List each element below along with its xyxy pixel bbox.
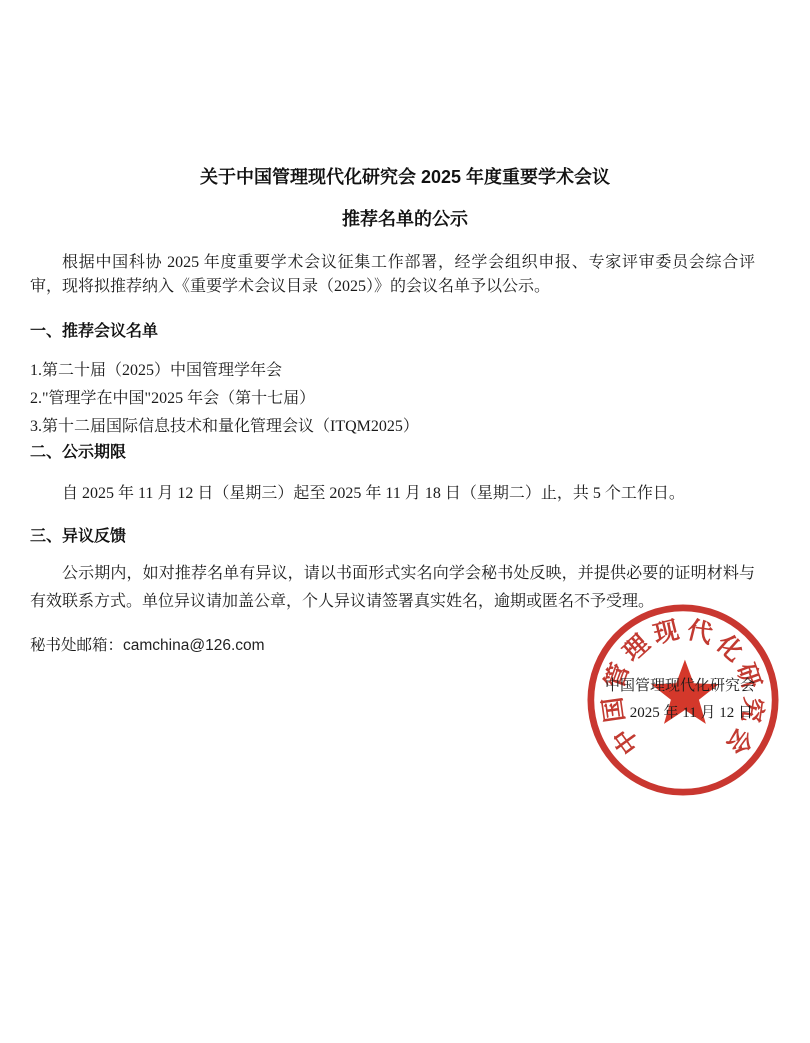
seal-graphic: 中 国 管 理 现 代 化 研 究 会 — [587, 601, 779, 799]
contact-email: camchina@126.com — [123, 637, 265, 654]
section-1-heading: 一、推荐会议名单 — [30, 320, 755, 343]
seal-char: 现 — [651, 616, 682, 649]
contact-label: 秘书处邮箱： — [30, 637, 123, 654]
intro-paragraph: 根据中国科协 2025 年度重要学术会议征集工作部署，经学会组织申报、专家评审委… — [30, 251, 755, 298]
seal-char: 化 — [710, 629, 748, 667]
publicity-period-paragraph: 自 2025 年 11 月 12 日（星期三）起至 2025 年 11 月 18… — [30, 482, 755, 506]
official-seal: 中 国 管 理 现 代 化 研 究 会 — [587, 601, 779, 799]
signature-org: 中国管理现代化研究会 — [30, 675, 755, 698]
list-item: 2."管理学在中国"2025 年会（第十七届） — [30, 385, 755, 413]
list-item: 1.第二十届（2025）中国管理学年会 — [30, 357, 755, 385]
seal-char: 会 — [721, 723, 759, 760]
signature-date: 2025 年 11 月 12 日 — [30, 702, 755, 725]
seal-char: 理 — [618, 629, 655, 667]
section-3-heading: 三、异议反馈 — [30, 525, 755, 548]
document-title-line1: 关于中国管理现代化研究会 2025 年度重要学术会议 — [0, 164, 810, 190]
conference-list: 1.第二十届（2025）中国管理学年会 2."管理学在中国"2025 年会（第十… — [30, 357, 755, 441]
document-page: 关于中国管理现代化研究会 2025 年度重要学术会议 推荐名单的公示 根据中国科… — [0, 0, 810, 1043]
list-item: 3.第十二届国际信息技术和量化管理会议（ITQM2025） — [30, 413, 755, 441]
seal-char: 中 — [608, 723, 645, 760]
document-title-line2: 推荐名单的公示 — [0, 206, 810, 232]
section-2-heading: 二、公示期限 — [30, 441, 755, 464]
seal-char: 代 — [684, 616, 715, 649]
